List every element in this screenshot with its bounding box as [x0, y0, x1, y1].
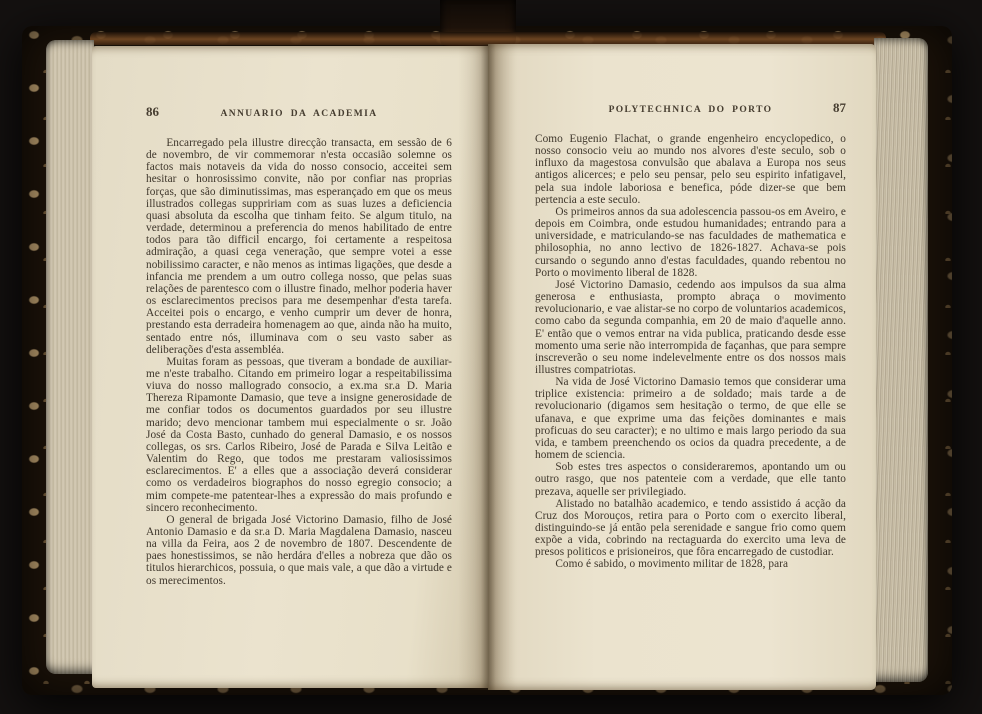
- left-page-text: Encarregado pela illustre direcção trans…: [146, 137, 452, 587]
- paragraph: Na vida de José Victorino Damasio temos …: [535, 376, 846, 461]
- left-running-header-row: 86 ANNUARIO DA ACADEMIA: [146, 104, 452, 120]
- running-header-left: ANNUARIO DA ACADEMIA: [168, 109, 430, 119]
- left-page: 86 ANNUARIO DA ACADEMIA Encarregado pela…: [92, 46, 488, 688]
- page-edges-right: [874, 38, 928, 682]
- right-page-text: Como Eugenio Flachat, o grande engenheir…: [535, 133, 846, 571]
- right-page-content: POLYTECHNICA DO PORTO 87 Como Eugenio Fl…: [488, 44, 876, 690]
- paragraph: O general de brigada José Victorino Dama…: [146, 514, 452, 587]
- paragraph: Como Eugenio Flachat, o grande engenheir…: [535, 133, 846, 206]
- paragraph: Muitas foram as pessoas, que tiveram a b…: [146, 356, 452, 514]
- paragraph: Sob estes tres aspectos o consideraremos…: [535, 461, 846, 497]
- photo-background: { "scene": { "background_color": "#14111…: [0, 0, 982, 714]
- paragraph: Como é sabido, o movimento militar de 18…: [535, 558, 846, 570]
- right-running-header-row: POLYTECHNICA DO PORTO 87: [535, 100, 846, 116]
- running-header-right: POLYTECHNICA DO PORTO: [557, 105, 824, 115]
- paragraph: Os primeiros annos da sua adolescencia p…: [535, 206, 846, 279]
- paragraph: José Victorino Damasio, cedendo aos impu…: [535, 279, 846, 376]
- left-page-content: 86 ANNUARIO DA ACADEMIA Encarregado pela…: [92, 46, 488, 688]
- page-edges-left: [46, 40, 94, 674]
- page-number-left: 86: [146, 104, 168, 120]
- paragraph: Encarregado pela illustre direcção trans…: [146, 137, 452, 356]
- right-page: POLYTECHNICA DO PORTO 87 Como Eugenio Fl…: [488, 44, 876, 690]
- paragraph: Alistado no batalhão academico, e tendo …: [535, 498, 846, 559]
- page-number-right: 87: [824, 100, 846, 116]
